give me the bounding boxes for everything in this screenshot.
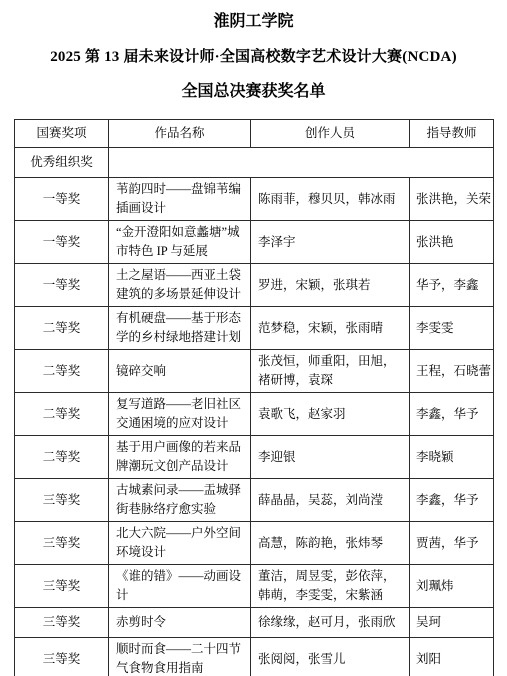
work-cell: 有机硬盘——基于形态学的乡村绿地搭建计划 <box>109 307 251 350</box>
work-cell: 土之屋语——西亚土袋建筑的多场景延伸设计 <box>109 264 251 307</box>
col-header-teachers: 指导教师 <box>410 120 494 148</box>
work-cell: 顺时而食——二十四节气食物食用指南 <box>109 638 251 676</box>
award-cell: 一等奖 <box>15 178 109 221</box>
work-cell: 北大六院——户外空间环境设计 <box>109 522 251 565</box>
work-cell: 苇韵四时——盘锦苇编插画设计 <box>109 178 251 221</box>
teachers-cell: 李鑫，华予 <box>410 393 494 436</box>
creators-cell: 高慧，陈韵艳，张炜琴 <box>251 522 410 565</box>
award-cell: 二等奖 <box>15 307 109 350</box>
table-row: 一等奖 苇韵四时——盘锦苇编插画设计 陈雨菲，穆贝贝，韩冰雨 张洪艳，关荣 <box>15 178 494 221</box>
teachers-cell: 张洪艳，关荣 <box>410 178 494 221</box>
work-cell: 镜碎交响 <box>109 350 251 393</box>
col-header-work: 作品名称 <box>109 120 251 148</box>
table-row: 三等奖 顺时而食——二十四节气食物食用指南 张阅阅，张雪儿 刘阳 <box>15 638 494 676</box>
table-row: 三等奖 北大六院——户外空间环境设计 高慧，陈韵艳，张炜琴 贾茜，华予 <box>15 522 494 565</box>
teachers-cell: 王程，石晓蕾 <box>410 350 494 393</box>
table-row: 一等奖 “金开澄阳如意蠡塘”城市特色 IP 与延展 李泽宇 张洪艳 <box>15 221 494 264</box>
col-header-award: 国赛奖项 <box>15 120 109 148</box>
teachers-cell: 华予，李鑫 <box>410 264 494 307</box>
award-cell: 三等奖 <box>15 522 109 565</box>
teachers-cell: 吴珂 <box>410 608 494 638</box>
teachers-cell: 李雯雯 <box>410 307 494 350</box>
teachers-cell: 李鑫，华予 <box>410 479 494 522</box>
teachers-cell: 张洪艳 <box>410 221 494 264</box>
work-cell: 《谁的错》——动画设计 <box>109 565 251 608</box>
merged-empty-cell <box>109 148 494 178</box>
award-cell: 二等奖 <box>15 350 109 393</box>
work-cell: 复写道路——老旧社区交通困境的应对设计 <box>109 393 251 436</box>
award-cell: 三等奖 <box>15 638 109 676</box>
award-cell: 三等奖 <box>15 565 109 608</box>
award-cell: 二等奖 <box>15 393 109 436</box>
col-header-creators: 创作人员 <box>251 120 410 148</box>
award-cell: 优秀组织奖 <box>15 148 109 178</box>
creators-cell: 李泽宇 <box>251 221 410 264</box>
teachers-cell: 刘阳 <box>410 638 494 676</box>
document-page: 淮阴工学院 2025 第 13 届未来设计师·全国高校数字艺术设计大赛(NCDA… <box>0 0 507 676</box>
table-row: 二等奖 镜碎交响 张茂恒，师重阳，田旭，褚研博，袁琛 王程，石晓蕾 <box>15 350 494 393</box>
creators-cell: 张茂恒，师重阳，田旭，褚研博，袁琛 <box>251 350 410 393</box>
award-cell: 一等奖 <box>15 264 109 307</box>
creators-cell: 范梦稳，宋颖，张雨晴 <box>251 307 410 350</box>
award-cell: 三等奖 <box>15 608 109 638</box>
work-cell: “金开澄阳如意蠡塘”城市特色 IP 与延展 <box>109 221 251 264</box>
teachers-cell: 贾茜，华予 <box>410 522 494 565</box>
awards-table: 国赛奖项 作品名称 创作人员 指导教师 优秀组织奖 一等奖 苇韵四时——盘锦苇编… <box>14 119 494 676</box>
table-row: 二等奖 有机硬盘——基于形态学的乡村绿地搭建计划 范梦稳，宋颖，张雨晴 李雯雯 <box>15 307 494 350</box>
creators-cell: 袁歌飞，赵家羽 <box>251 393 410 436</box>
creators-cell: 董洁，周昱雯，彭依萍，韩萌，李雯雯，宋紫涵 <box>251 565 410 608</box>
creators-cell: 徐缘缘，赵可月，张雨欣 <box>251 608 410 638</box>
award-cell: 一等奖 <box>15 221 109 264</box>
award-cell: 二等奖 <box>15 436 109 479</box>
table-row: 一等奖 土之屋语——西亚土袋建筑的多场景延伸设计 罗进，宋颖，张琪若 华予，李鑫 <box>15 264 494 307</box>
table-row: 三等奖 古城素问录——盂城驿街巷脉络疗愈实验 薛晶晶，吴蕊，刘尚滢 李鑫，华予 <box>15 479 494 522</box>
teachers-cell: 刘珮炜 <box>410 565 494 608</box>
creators-cell: 李迎银 <box>251 436 410 479</box>
table-row-org-award: 优秀组织奖 <box>15 148 494 178</box>
award-cell: 三等奖 <box>15 479 109 522</box>
work-cell: 赤剪时令 <box>109 608 251 638</box>
table-row: 三等奖 《谁的错》——动画设计 董洁，周昱雯，彭依萍，韩萌，李雯雯，宋紫涵 刘珮… <box>15 565 494 608</box>
title-award-list: 全国总决赛获奖名单 <box>0 82 507 102</box>
creators-cell: 薛晶晶，吴蕊，刘尚滢 <box>251 479 410 522</box>
creators-cell: 张阅阅，张雪儿 <box>251 638 410 676</box>
table-row: 二等奖 复写道路——老旧社区交通困境的应对设计 袁歌飞，赵家羽 李鑫，华予 <box>15 393 494 436</box>
title-competition: 2025 第 13 届未来设计师·全国高校数字艺术设计大赛(NCDA) <box>0 47 507 67</box>
creators-cell: 罗进，宋颖，张琪若 <box>251 264 410 307</box>
teachers-cell: 李晓颖 <box>410 436 494 479</box>
title-school: 淮阴工学院 <box>0 12 507 32</box>
work-cell: 基于用户画像的若来品牌潮玩文创产品设计 <box>109 436 251 479</box>
table-header-row: 国赛奖项 作品名称 创作人员 指导教师 <box>15 120 494 148</box>
creators-cell: 陈雨菲，穆贝贝，韩冰雨 <box>251 178 410 221</box>
work-cell: 古城素问录——盂城驿街巷脉络疗愈实验 <box>109 479 251 522</box>
table-row: 三等奖 赤剪时令 徐缘缘，赵可月，张雨欣 吴珂 <box>15 608 494 638</box>
table-row: 二等奖 基于用户画像的若来品牌潮玩文创产品设计 李迎银 李晓颖 <box>15 436 494 479</box>
